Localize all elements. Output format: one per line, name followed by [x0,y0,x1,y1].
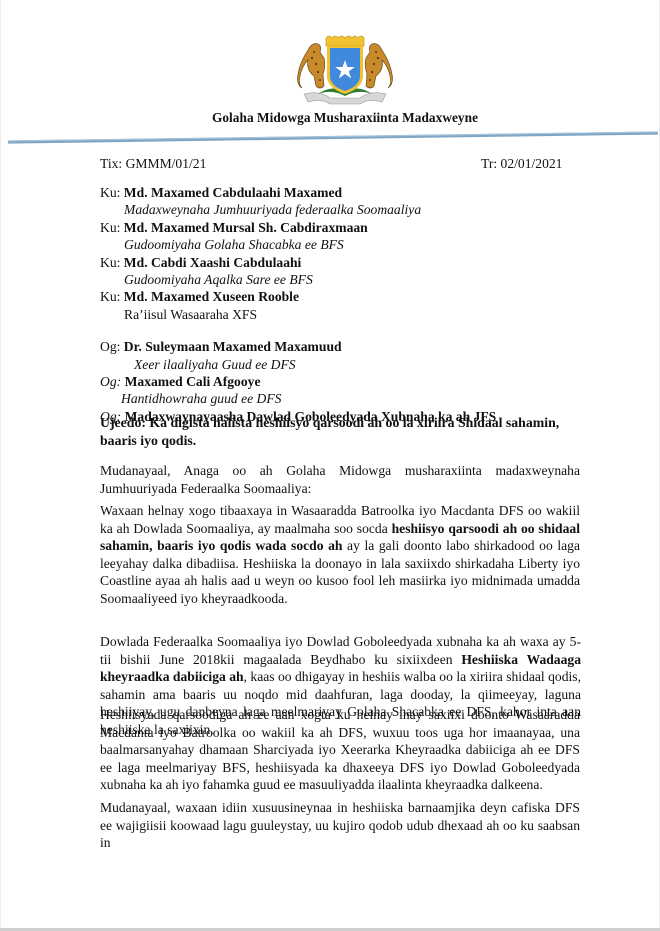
recipient-name: Md. Maxamed Mursal Sh. Cabdiraxmaan [124,220,368,235]
recipient-name: Md. Maxamed Xuseen Rooble [124,289,299,304]
header-divider [0,130,660,146]
recipient-name: Md. Cabdi Xaashi Cabdulaahi [124,255,302,270]
subject-line: Ujeedo: Ka digista halista heshiisyo qar… [100,414,580,450]
recipient-prefix: Ku: [100,255,120,270]
recipient-line: Ku: Md. Maxamed Mursal Sh. Cabdiraxmaan [100,219,496,236]
recipient-line: Ku: Md. Maxamed Xuseen Rooble [100,288,496,305]
recipient-prefix: Ku: [100,185,120,200]
letter-page: Golaha Midowga Musharaxiinta Madaxweyne … [0,0,660,931]
cc-prefix: Og: [100,339,120,354]
reference-number: Tix: GMMM/01/21 [100,156,206,172]
somalia-coat-of-arms-icon [290,32,400,108]
letter-date: Tr: 02/01/2021 [481,156,562,172]
cc-prefix: Og: [100,374,121,389]
recipient-line: Ku: Md. Maxamed Cabdulaahi Maxamed [100,184,496,201]
page-edge [0,0,1,931]
cc-name: Maxamed Cali Afgooye [125,374,261,389]
recipient-title: Madaxweynaha Jumhuuriyada federaalka Soo… [100,201,496,218]
recipient-name: Md. Maxamed Cabdulaahi Maxamed [124,185,342,200]
recipient-prefix: Ku: [100,289,120,304]
recipient-title: Ra’iisul Wasaaraha XFS [100,306,496,323]
recipient-title: Gudoomiyaha Aqalka Sare ee BFS [100,271,496,288]
cc-title: Hantidhowraha guud ee DFS [100,390,496,407]
cc-title: Xeer ilaaliyaha Guud ee DFS [100,356,496,373]
recipient-title: Gudoomiyaha Golaha Shacabka ee BFS [100,236,496,253]
paragraph-salutation: Mudanayaal, Anaga oo ah Golaha Midowga m… [100,462,580,497]
recipient-prefix: Ku: [100,220,120,235]
cc-line: Og: Maxamed Cali Afgooye [100,373,496,390]
address-block: Ku: Md. Maxamed Cabdulaahi Maxamed Madax… [100,184,496,425]
paragraph-reminder: Mudanayaal, waxaan idiin xusuusineynaa i… [100,799,580,852]
cc-name: Dr. Suleymaan Maxamed Maxamuud [124,339,342,354]
recipient-line: Ku: Md. Cabdi Xaashi Cabdulaahi [100,254,496,271]
paragraph-intel: Waxaan helnay xogo tibaaxaya in Wasaarad… [100,502,580,608]
organization-title: Golaha Midowga Musharaxiinta Madaxweyne [0,110,660,126]
paragraph-violation: Heshiisyada qarsoodiga ah ee aan xogta k… [100,706,580,794]
cc-line: Og: Dr. Suleymaan Maxamed Maxamuud [100,338,496,355]
